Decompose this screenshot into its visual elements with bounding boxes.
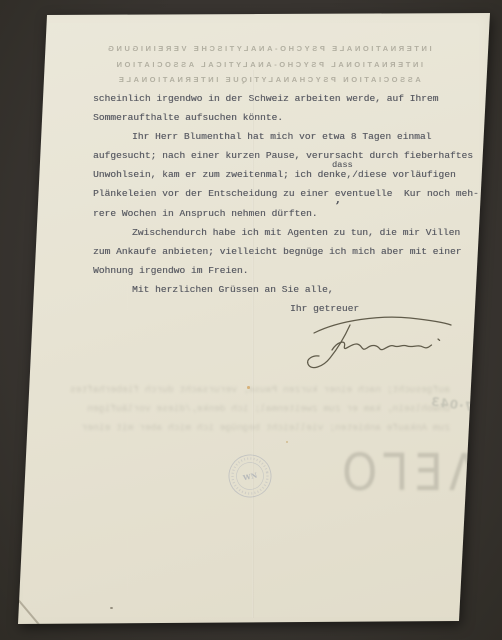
- letter-line: scheinlich irgendwo in der Schweiz arbei…: [93, 89, 453, 108]
- letter-body: scheinlich irgendwo in der Schweiz arbei…: [93, 89, 453, 318]
- letter-line: rere Wochen in Anspruch nehmen dürften.: [93, 204, 453, 223]
- signature-ferenczi-icon: [290, 310, 458, 372]
- circular-archive-stamp-icon: WN: [222, 448, 279, 505]
- bleed-band-line: aufgesucht; nach einer kurzen Pause, ver…: [58, 380, 450, 399]
- correction-mark: ,: [336, 193, 340, 206]
- letterhead-bleed-line: INTERNATIONAL PSYCHO-ANALYTICAL ASSOCIAT…: [47, 57, 490, 73]
- letter-line: Plänkeleien vor der Entscheidung zu eine…: [93, 184, 453, 203]
- letter-line: Unwohlsein, kam er zum zweitenmal; ich d…: [93, 165, 453, 184]
- reverse-text-bleedthrough: aufgesucht; nach einer kurzen Pause, ver…: [58, 380, 450, 437]
- letter-line: zum Ankaufe anbieten; vielleicht begnüge…: [93, 242, 453, 261]
- letter-line: Zwischendurch habe ich mit Agenten zu tu…: [93, 223, 453, 242]
- paper-wrapper: INTERNATIONALE PSYCHO-ANALYTISCHE VEREIN…: [0, 0, 502, 640]
- bleed-band-line: zum Ankaufe anbieten; vielleicht begnüge…: [58, 418, 450, 437]
- letterhead-bleed-line: ASSOCIATION PSYCHANALYTIQUE INTERNATIONA…: [47, 72, 490, 88]
- center-fold-crease: [252, 70, 254, 618]
- letter-line: aufgesucht; nach einer kurzen Pause, ver…: [93, 146, 453, 165]
- letter-line: Mit herzlichen Grüssen an Sie alle,: [93, 280, 453, 299]
- paper-speck: [286, 441, 288, 443]
- bleed-band-line: Unwohlsein, kam er zum zweitenmal; ich d…: [58, 399, 450, 418]
- letterhead-bleed-line: INTERNATIONALE PSYCHO-ANALYTISCHE VEREIN…: [47, 41, 490, 57]
- letter-page: INTERNATIONALE PSYCHO-ANALYTISCHE VEREIN…: [0, 0, 502, 640]
- paper-speck: [247, 386, 250, 389]
- typed-insertion-dass: dass: [332, 160, 353, 170]
- paper-speck: [110, 607, 113, 609]
- letterhead-bleedthrough: INTERNATIONALE PSYCHO-ANALYTISCHE VEREIN…: [47, 41, 490, 88]
- reverse-stamp-bleedthrough: ΛΕΓΟ: [336, 443, 480, 502]
- photo-background: INTERNATIONALE PSYCHO-ANALYTISCHE VEREIN…: [0, 0, 502, 640]
- corner-fold-crease: [15, 596, 44, 631]
- stamp-center-text: WN: [241, 470, 258, 482]
- letter-line: Wohnung irgendwo im Freien.: [93, 261, 453, 280]
- letter-line: Sommeraufthalte aufsuchen könnte.: [93, 108, 453, 127]
- letter-line: Ihr Herr Blumenthal hat mich vor etwa 8 …: [93, 127, 453, 146]
